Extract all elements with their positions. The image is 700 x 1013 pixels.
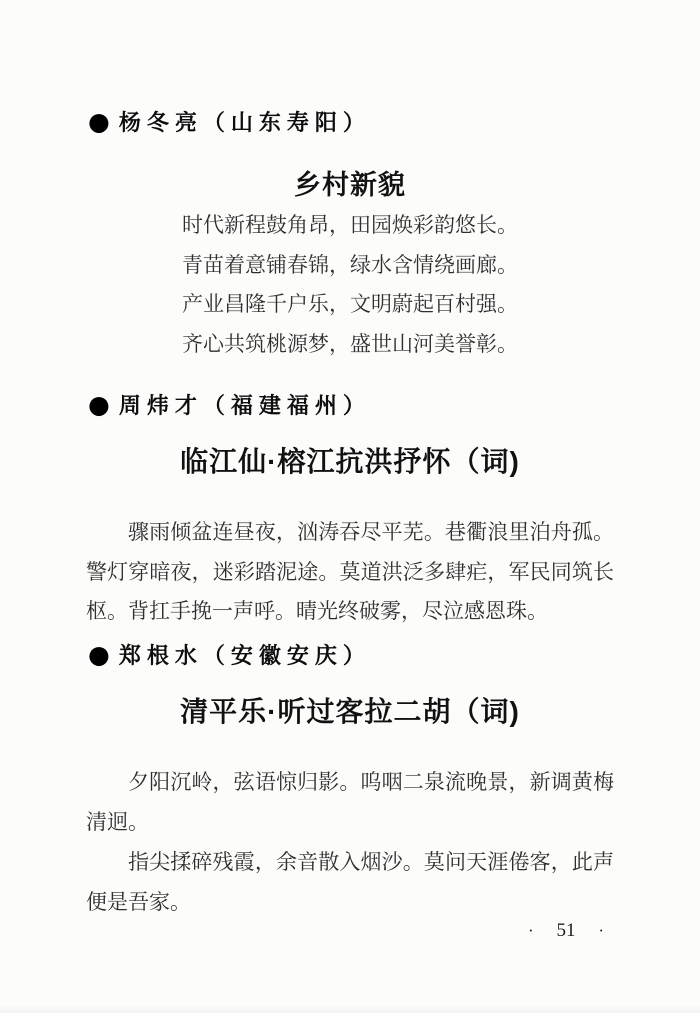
author-name-1: 杨冬亮（山东寿阳） bbox=[119, 106, 371, 137]
poem-verse-1: 时代新程鼓角昂，田园焕彩韵悠长。 青苗着意铺春锦，绿水含情绕画廊。 产业昌隆千户… bbox=[0, 206, 700, 365]
bullet-icon: ● bbox=[88, 642, 110, 667]
poem-title-3: 清平乐·听过客拉二胡（词) bbox=[0, 690, 700, 730]
poem-title-1: 乡村新貌 bbox=[0, 163, 700, 202]
scanned-poetry-page: ● 杨冬亮（山东寿阳） 乡村新貌 时代新程鼓角昂，田园焕彩韵悠长。 青苗着意铺春… bbox=[0, 0, 700, 1013]
verse-line: 产业昌隆千户乐，文明蔚起百村强。 bbox=[0, 285, 700, 325]
verse-line: 齐心共筑桃源梦，盛世山河美誉彰。 bbox=[0, 325, 700, 365]
poem-paragraph: 指尖揉碎残霞，余音散入烟沙。莫问天涯倦客，此声便是吾家。 bbox=[86, 843, 614, 922]
page-number: 51 bbox=[557, 920, 576, 942]
author-name-3: 郑根水（安徽安庆） bbox=[119, 639, 371, 670]
poem-paragraph: 骤雨倾盆连昼夜，汹涛吞尽平芜。巷衢浪里泊舟孤。警灯穿暗夜，迷彩踏泥途。莫道洪泛多… bbox=[86, 513, 614, 632]
author-name-2: 周炜才（福建福州） bbox=[119, 389, 371, 420]
verse-line: 青苗着意铺春锦，绿水含情绕画廊。 bbox=[0, 246, 700, 286]
author-line-3: ● 郑根水（安徽安庆） bbox=[88, 639, 371, 670]
bullet-icon: ● bbox=[88, 392, 110, 417]
page-footer: · 51 · bbox=[528, 920, 604, 942]
poem-paragraph: 夕阳沉岭，弦语惊归影。呜咽二泉流晚景，新调黄梅清迥。 bbox=[86, 763, 614, 842]
bullet-icon: ● bbox=[88, 109, 110, 134]
footer-dot-left: · bbox=[528, 921, 534, 941]
poem-title-2: 临江仙·榕江抗洪抒怀（词) bbox=[0, 440, 700, 480]
author-line-2: ● 周炜才（福建福州） bbox=[88, 389, 371, 420]
verse-line: 时代新程鼓角昂，田园焕彩韵悠长。 bbox=[0, 206, 700, 246]
footer-dot-right: · bbox=[598, 921, 604, 941]
author-line-1: ● 杨冬亮（山东寿阳） bbox=[88, 106, 371, 137]
